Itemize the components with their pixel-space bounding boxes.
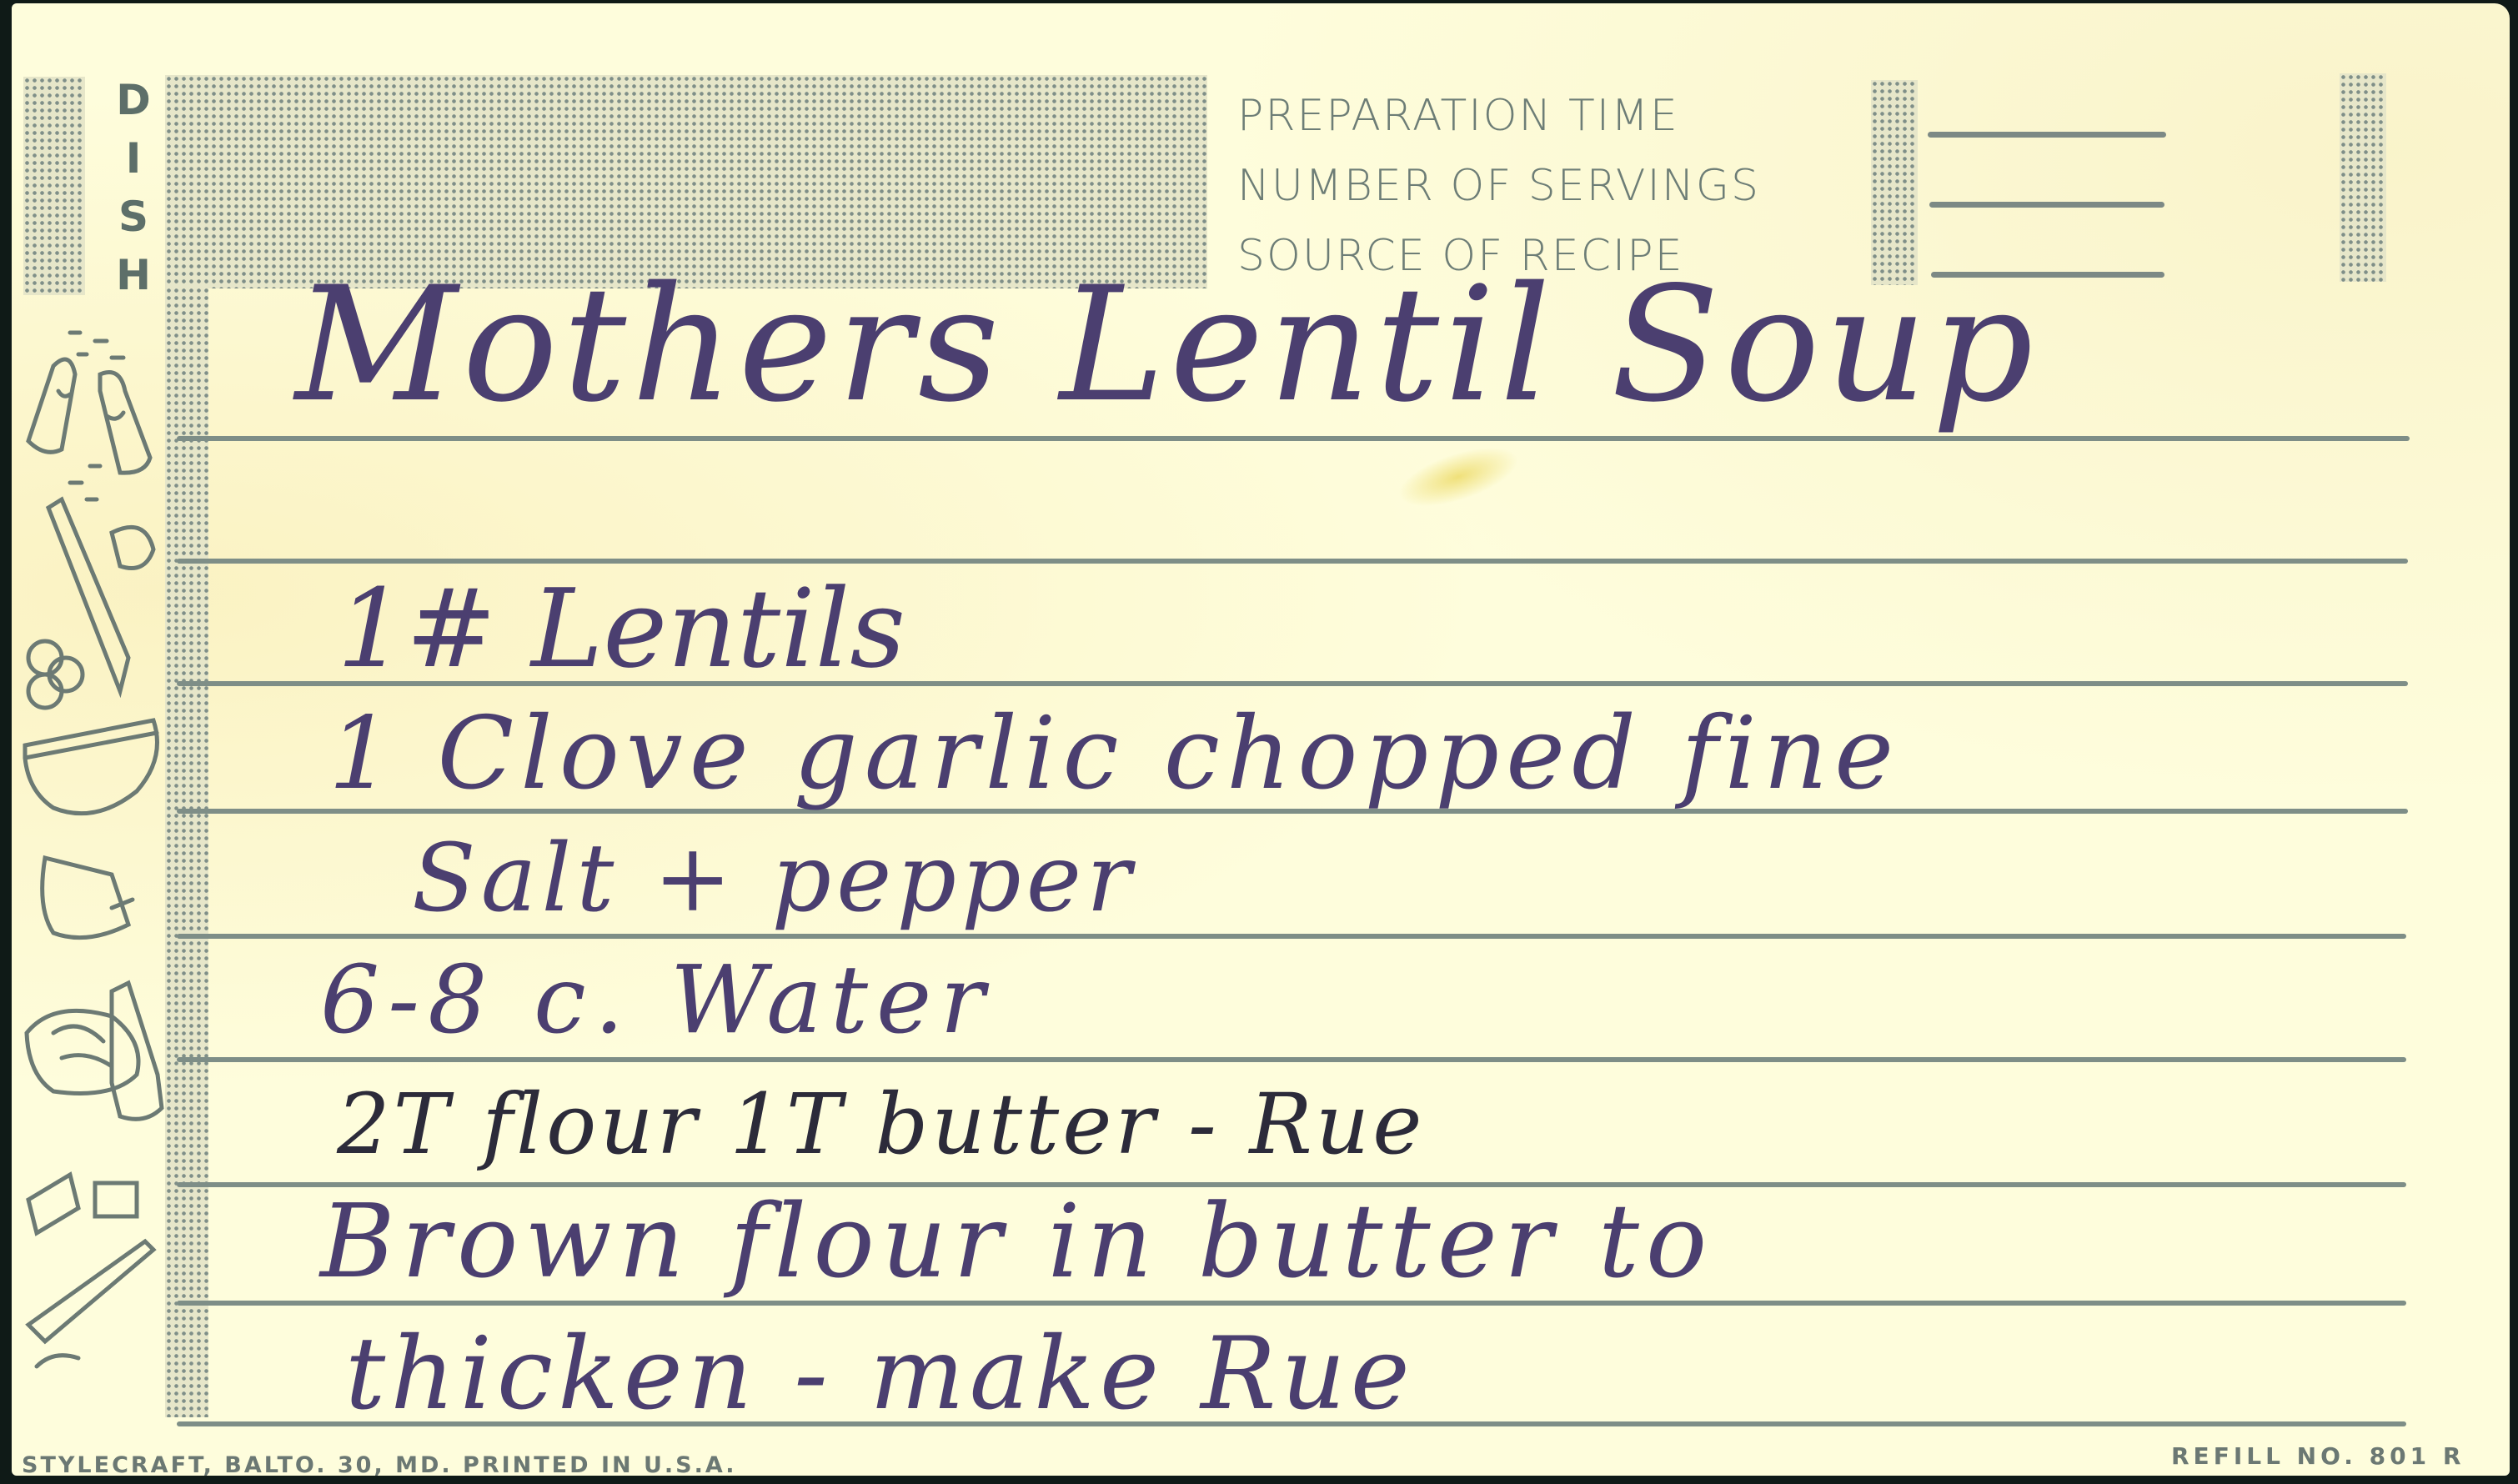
field-halftone-right bbox=[2340, 73, 2386, 282]
preparation-time-label: PREPARATION TIME bbox=[1237, 90, 1760, 142]
number-of-servings-label: NUMBER OF SERVINGS bbox=[1237, 160, 1760, 212]
dish-letter: I bbox=[126, 135, 142, 182]
dish-letter: S bbox=[118, 193, 148, 240]
recipe-line: thicken - make Rue bbox=[345, 1321, 1415, 1429]
kitchen-illustration-icon bbox=[20, 324, 170, 1416]
recipe-line: Salt + pepper bbox=[412, 829, 1136, 929]
ruled-line bbox=[177, 934, 2406, 939]
margin-halftone-strip bbox=[165, 287, 208, 1417]
dish-letter: H bbox=[116, 252, 151, 298]
recipe-card: D I S H PREPARATION TIME NUMBER OF SERVI… bbox=[12, 3, 2510, 1476]
preparation-time-field[interactable] bbox=[1928, 132, 2166, 138]
recipe-line: 2T flour 1T butter - Rue bbox=[337, 1079, 1425, 1171]
number-of-servings-field[interactable] bbox=[1929, 202, 2164, 208]
printer-imprint: STYLECRAFT, BALTO. 30, MD. PRINTED IN U.… bbox=[22, 1452, 737, 1478]
recipe-line: Brown flour in butter to bbox=[320, 1187, 1713, 1296]
recipe-title: Mothers Lentil Soup bbox=[295, 253, 2039, 437]
recipe-line: 6-8 c. Water bbox=[320, 950, 993, 1050]
recipe-line: 1# Lentils bbox=[337, 570, 905, 687]
paper-stain bbox=[1392, 435, 1525, 519]
ruled-line bbox=[177, 559, 2408, 564]
dish-label: D I S H bbox=[108, 77, 158, 298]
recipe-line: 1 Clove garlic chopped fine bbox=[329, 700, 1900, 809]
refill-number: REFILL NO. 801 R bbox=[2171, 1442, 2465, 1470]
dish-halftone-box bbox=[23, 77, 85, 295]
dish-letter: D bbox=[116, 77, 151, 123]
ruled-line bbox=[177, 1301, 2406, 1306]
ruled-line bbox=[177, 1057, 2406, 1062]
